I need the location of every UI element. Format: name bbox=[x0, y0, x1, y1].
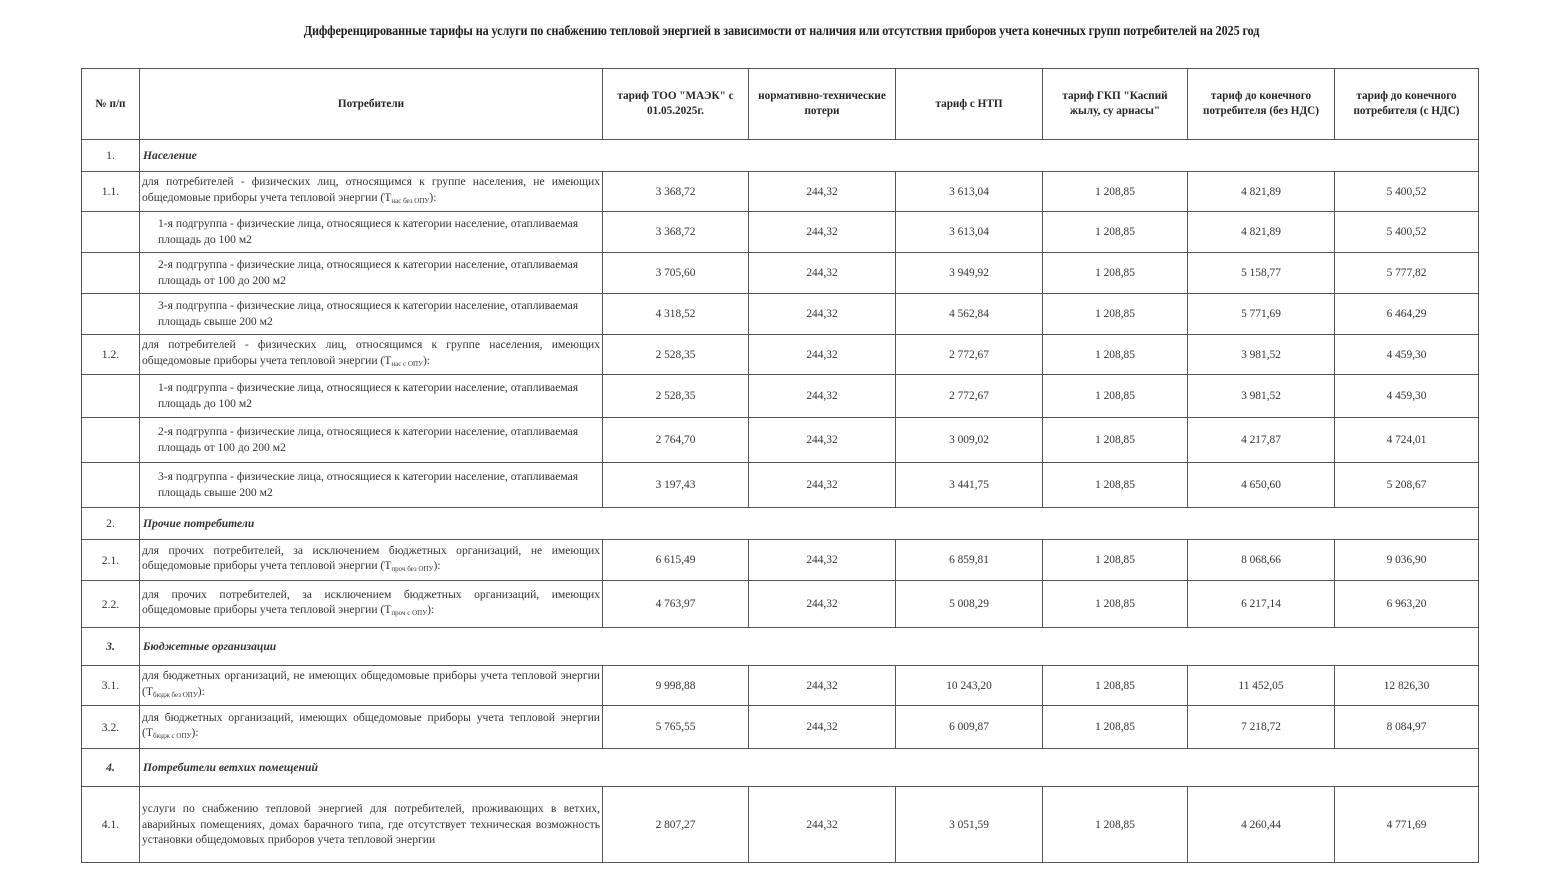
row-number bbox=[82, 375, 140, 418]
subgroup-row: 2-я подгруппа - физические лица, относящ… bbox=[82, 418, 1479, 463]
value-tariff-ntp: 5 008,29 bbox=[896, 581, 1043, 628]
tariff-subscript: проч с ОПУ bbox=[391, 609, 427, 617]
value-tariff-gkp: 1 208,85 bbox=[1043, 418, 1188, 463]
section-row: 3.Бюджетные организации bbox=[82, 628, 1479, 666]
value-tariff-gkp: 1 208,85 bbox=[1043, 294, 1188, 335]
document-title: Дифференцированные тарифы на услуги по с… bbox=[63, 23, 1501, 39]
value-losses: 244,32 bbox=[749, 212, 896, 253]
consumer-description: 2-я подгруппа - физические лица, относящ… bbox=[140, 418, 603, 463]
header-tariff-ntp: тариф с НТП bbox=[896, 69, 1043, 140]
value-tariff-gkp: 1 208,85 bbox=[1043, 463, 1188, 508]
value-tariff-ntp: 3 051,59 bbox=[896, 787, 1043, 863]
description-text: 3-я подгруппа - физические лица, относящ… bbox=[158, 299, 578, 328]
value-tariff-maek: 4 318,52 bbox=[603, 294, 749, 335]
value-final-no-vat: 5 158,77 bbox=[1188, 253, 1335, 294]
value-tariff-ntp: 4 562,84 bbox=[896, 294, 1043, 335]
table-row: 3.2.для бюджетных организаций, имеющих о… bbox=[82, 706, 1479, 749]
section-title: Потребители ветхих помещений bbox=[140, 749, 1479, 787]
table-body: 1.Население1.1.для потребителей - физиче… bbox=[82, 140, 1479, 863]
value-tariff-gkp: 1 208,85 bbox=[1043, 335, 1188, 375]
row-number: 2.2. bbox=[82, 581, 140, 628]
consumer-description: 3-я подгруппа - физические лица, относящ… bbox=[140, 294, 603, 335]
value-final-vat: 8 084,97 bbox=[1335, 706, 1479, 749]
value-losses: 244,32 bbox=[749, 294, 896, 335]
consumer-description: для потребителей - физических лиц, относ… bbox=[140, 335, 603, 375]
description-tail: ): bbox=[433, 559, 440, 572]
section-row: 2.Прочие потребители bbox=[82, 508, 1479, 540]
consumer-description: 2-я подгруппа - физические лица, относящ… bbox=[140, 253, 603, 294]
value-tariff-ntp: 10 243,20 bbox=[896, 666, 1043, 706]
value-losses: 244,32 bbox=[749, 463, 896, 508]
description-tail: ): bbox=[191, 726, 198, 739]
header-num: № п/п bbox=[82, 69, 140, 140]
row-number: 1.1. bbox=[82, 172, 140, 212]
table-row: 1.2.для потребителей - физических лиц, о… bbox=[82, 335, 1479, 375]
value-final-vat: 4 724,01 bbox=[1335, 418, 1479, 463]
value-tariff-maek: 3 368,72 bbox=[603, 172, 749, 212]
value-final-vat: 4 771,69 bbox=[1335, 787, 1479, 863]
consumer-description: услуги по снабжению тепловой энергией дл… bbox=[140, 787, 603, 863]
value-final-vat: 4 459,30 bbox=[1335, 335, 1479, 375]
description-text: 3-я подгруппа - физические лица, относящ… bbox=[158, 470, 578, 499]
value-tariff-maek: 2 764,70 bbox=[603, 418, 749, 463]
value-final-no-vat: 7 218,72 bbox=[1188, 706, 1335, 749]
consumer-description: для прочих потребителей, за исключением … bbox=[140, 540, 603, 581]
section-row: 4.Потребители ветхих помещений bbox=[82, 749, 1479, 787]
value-losses: 244,32 bbox=[749, 787, 896, 863]
value-losses: 244,32 bbox=[749, 172, 896, 212]
value-tariff-ntp: 3 441,75 bbox=[896, 463, 1043, 508]
value-final-no-vat: 4 650,60 bbox=[1188, 463, 1335, 508]
description-text: 1-я подгруппа - физические лица, относящ… bbox=[158, 381, 578, 410]
row-number: 4.1. bbox=[82, 787, 140, 863]
table-row: 2.2.для прочих потребителей, за исключен… bbox=[82, 581, 1479, 628]
value-final-vat: 12 826,30 bbox=[1335, 666, 1479, 706]
description-text: для прочих потребителей, за исключением … bbox=[142, 588, 600, 617]
section-number: 4. bbox=[82, 749, 140, 787]
description-text: для бюджетных организаций, имеющих общед… bbox=[142, 711, 600, 740]
section-title: Бюджетные организации bbox=[140, 628, 1479, 666]
value-final-no-vat: 4 821,89 bbox=[1188, 172, 1335, 212]
subgroup-row: 1-я подгруппа - физические лица, относящ… bbox=[82, 375, 1479, 418]
tariff-subscript: бюдж с ОПУ bbox=[153, 732, 192, 740]
description-tail: ): bbox=[423, 354, 430, 367]
value-tariff-maek: 3 368,72 bbox=[603, 212, 749, 253]
value-tariff-maek: 5 765,55 bbox=[603, 706, 749, 749]
tariff-subscript: нас без ОПУ bbox=[391, 197, 429, 205]
value-tariff-ntp: 3 613,04 bbox=[896, 212, 1043, 253]
row-number: 3.1. bbox=[82, 666, 140, 706]
consumer-description: 1-я подгруппа - физические лица, относящ… bbox=[140, 212, 603, 253]
value-final-no-vat: 5 771,69 bbox=[1188, 294, 1335, 335]
value-tariff-maek: 2 528,35 bbox=[603, 335, 749, 375]
value-final-vat: 5 400,52 bbox=[1335, 212, 1479, 253]
value-tariff-maek: 2 528,35 bbox=[603, 375, 749, 418]
value-final-no-vat: 6 217,14 bbox=[1188, 581, 1335, 628]
header-final-vat: тариф до конечного потребителя (с НДС) bbox=[1335, 69, 1479, 140]
description-text: для бюджетных организаций, не имеющих об… bbox=[142, 669, 600, 698]
table-row: 4.1.услуги по снабжению тепловой энергие… bbox=[82, 787, 1479, 863]
header-tariff-maek: тариф ТОО "МАЭК" с 01.05.2025г. bbox=[603, 69, 749, 140]
value-tariff-ntp: 3 009,02 bbox=[896, 418, 1043, 463]
tariff-subscript: бюдж без ОПУ bbox=[153, 691, 198, 699]
value-losses: 244,32 bbox=[749, 253, 896, 294]
row-number bbox=[82, 418, 140, 463]
value-final-vat: 4 459,30 bbox=[1335, 375, 1479, 418]
value-tariff-maek: 4 763,97 bbox=[603, 581, 749, 628]
value-final-no-vat: 8 068,66 bbox=[1188, 540, 1335, 581]
description-text: для прочих потребителей, за исключением … bbox=[142, 544, 600, 573]
section-title: Прочие потребители bbox=[140, 508, 1479, 540]
value-tariff-maek: 6 615,49 bbox=[603, 540, 749, 581]
table-row: 2.1.для прочих потребителей, за исключен… bbox=[82, 540, 1479, 581]
description-tail: ): bbox=[198, 685, 205, 698]
value-tariff-gkp: 1 208,85 bbox=[1043, 540, 1188, 581]
value-tariff-gkp: 1 208,85 bbox=[1043, 787, 1188, 863]
section-number: 1. bbox=[82, 140, 140, 172]
value-final-no-vat: 3 981,52 bbox=[1188, 375, 1335, 418]
header-final-no-vat: тариф до конечного потребителя (без НДС) bbox=[1188, 69, 1335, 140]
value-tariff-maek: 9 998,88 bbox=[603, 666, 749, 706]
subgroup-row: 1-я подгруппа - физические лица, относящ… bbox=[82, 212, 1479, 253]
value-final-no-vat: 4 821,89 bbox=[1188, 212, 1335, 253]
consumer-description: 1-я подгруппа - физические лица, относящ… bbox=[140, 375, 603, 418]
value-tariff-gkp: 1 208,85 bbox=[1043, 212, 1188, 253]
row-number: 2.1. bbox=[82, 540, 140, 581]
value-tariff-gkp: 1 208,85 bbox=[1043, 253, 1188, 294]
value-final-no-vat: 11 452,05 bbox=[1188, 666, 1335, 706]
subgroup-row: 2-я подгруппа - физические лица, относящ… bbox=[82, 253, 1479, 294]
value-final-vat: 6 963,20 bbox=[1335, 581, 1479, 628]
description-tail: ): bbox=[429, 191, 436, 204]
consumer-description: для потребителей - физических лиц, относ… bbox=[140, 172, 603, 212]
value-final-vat: 5 208,67 bbox=[1335, 463, 1479, 508]
value-final-no-vat: 4 217,87 bbox=[1188, 418, 1335, 463]
header-tariff-gkp: тариф ГКП "Каспий жылу, су арнасы" bbox=[1043, 69, 1188, 140]
description-tail: ): bbox=[427, 603, 434, 616]
value-final-vat: 5 777,82 bbox=[1335, 253, 1479, 294]
section-row: 1.Население bbox=[82, 140, 1479, 172]
value-tariff-maek: 3 705,60 bbox=[603, 253, 749, 294]
value-tariff-gkp: 1 208,85 bbox=[1043, 172, 1188, 212]
tariff-subscript: нас с ОПУ bbox=[391, 360, 423, 368]
section-title: Население bbox=[140, 140, 1479, 172]
value-losses: 244,32 bbox=[749, 666, 896, 706]
value-tariff-gkp: 1 208,85 bbox=[1043, 706, 1188, 749]
value-tariff-gkp: 1 208,85 bbox=[1043, 375, 1188, 418]
consumer-description: 3-я подгруппа - физические лица, относящ… bbox=[140, 463, 603, 508]
value-losses: 244,32 bbox=[749, 418, 896, 463]
consumer-description: для бюджетных организаций, имеющих общед… bbox=[140, 706, 603, 749]
value-final-no-vat: 4 260,44 bbox=[1188, 787, 1335, 863]
table-header-row: № п/п Потребители тариф ТОО "МАЭК" с 01.… bbox=[82, 69, 1479, 140]
row-number bbox=[82, 463, 140, 508]
subgroup-row: 3-я подгруппа - физические лица, относящ… bbox=[82, 294, 1479, 335]
tariff-subscript: проч без ОПУ bbox=[391, 565, 433, 573]
value-final-vat: 6 464,29 bbox=[1335, 294, 1479, 335]
section-number: 2. bbox=[82, 508, 140, 540]
header-consumers: Потребители bbox=[140, 69, 603, 140]
value-tariff-maek: 3 197,43 bbox=[603, 463, 749, 508]
value-tariff-gkp: 1 208,85 bbox=[1043, 581, 1188, 628]
description-text: услуги по снабжению тепловой энергией дл… bbox=[142, 802, 600, 846]
description-text: 1-я подгруппа - физические лица, относящ… bbox=[158, 217, 578, 246]
row-number bbox=[82, 294, 140, 335]
table-row: 3.1.для бюджетных организаций, не имеющи… bbox=[82, 666, 1479, 706]
table-row: 1.1.для потребителей - физических лиц, о… bbox=[82, 172, 1479, 212]
value-final-vat: 5 400,52 bbox=[1335, 172, 1479, 212]
subgroup-row: 3-я подгруппа - физические лица, относящ… bbox=[82, 463, 1479, 508]
value-tariff-ntp: 3 949,92 bbox=[896, 253, 1043, 294]
header-losses: нормативно-технические потери bbox=[749, 69, 896, 140]
value-losses: 244,32 bbox=[749, 375, 896, 418]
description-text: 2-я подгруппа - физические лица, относящ… bbox=[158, 258, 578, 287]
description-text: для потребителей - физических лиц, относ… bbox=[142, 175, 600, 204]
description-text: для потребителей - физических лиц, относ… bbox=[142, 338, 600, 367]
row-number bbox=[82, 253, 140, 294]
description-text: 2-я подгруппа - физические лица, относящ… bbox=[158, 425, 578, 454]
value-losses: 244,32 bbox=[749, 581, 896, 628]
value-losses: 244,32 bbox=[749, 706, 896, 749]
value-final-vat: 9 036,90 bbox=[1335, 540, 1479, 581]
value-losses: 244,32 bbox=[749, 540, 896, 581]
value-final-no-vat: 3 981,52 bbox=[1188, 335, 1335, 375]
row-number: 1.2. bbox=[82, 335, 140, 375]
tariff-table: № п/п Потребители тариф ТОО "МАЭК" с 01.… bbox=[81, 68, 1479, 863]
section-number: 3. bbox=[82, 628, 140, 666]
value-tariff-gkp: 1 208,85 bbox=[1043, 666, 1188, 706]
value-tariff-ntp: 3 613,04 bbox=[896, 172, 1043, 212]
consumer-description: для прочих потребителей, за исключением … bbox=[140, 581, 603, 628]
value-tariff-ntp: 6 009,87 bbox=[896, 706, 1043, 749]
value-tariff-ntp: 6 859,81 bbox=[896, 540, 1043, 581]
value-losses: 244,32 bbox=[749, 335, 896, 375]
row-number bbox=[82, 212, 140, 253]
consumer-description: для бюджетных организаций, не имеющих об… bbox=[140, 666, 603, 706]
value-tariff-ntp: 2 772,67 bbox=[896, 335, 1043, 375]
row-number: 3.2. bbox=[82, 706, 140, 749]
value-tariff-ntp: 2 772,67 bbox=[896, 375, 1043, 418]
value-tariff-maek: 2 807,27 bbox=[603, 787, 749, 863]
